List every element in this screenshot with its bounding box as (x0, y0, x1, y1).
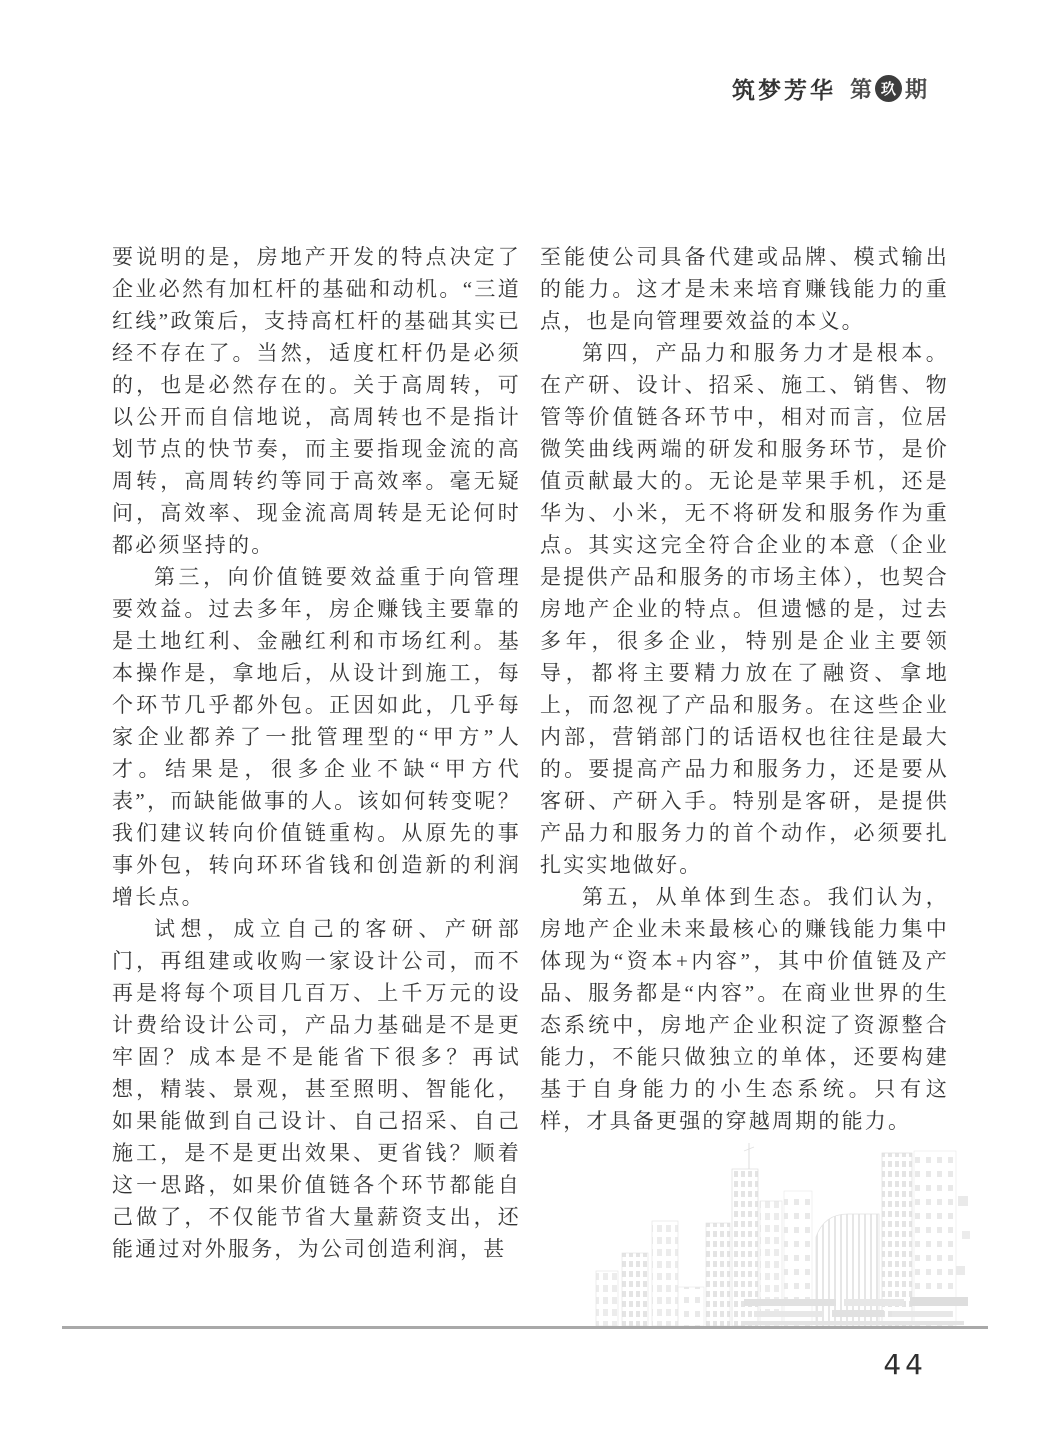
article-right-column: 至能使公司具备代建或品牌、模式输出的能力。这才是未来培育赚钱能力的重点，也是向管… (540, 241, 949, 1137)
issue-suffix: 期 (905, 73, 927, 104)
paragraph: 试想，成立自己的客研、产研部门，再组建或收购一家设计公司，而不再是将每个项目几百… (112, 913, 521, 1265)
paragraph: 至能使公司具备代建或品牌、模式输出的能力。这才是未来培育赚钱能力的重点，也是向管… (540, 241, 949, 337)
magazine-page: 筑梦芳华 第 玖 期 要说明的是，房地产开发的特点决定了企业必然有加杠杆的基础和… (0, 0, 1050, 1434)
article-left-column: 要说明的是，房地产开发的特点决定了企业必然有加杠杆的基础和动机。“三道红线”政策… (112, 241, 521, 1265)
paragraph: 第四，产品力和服务力才是根本。在产研、设计、招采、施工、销售、物管等价值链各环节… (540, 337, 949, 881)
issue-number-badge: 玖 (875, 75, 902, 102)
page-header: 筑梦芳华 第 玖 期 (732, 72, 927, 105)
paragraph: 第五，从单体到生态。我们认为，房地产企业未来最核心的赚钱能力集中体现为“资本+内… (540, 881, 949, 1137)
paragraph: 要说明的是，房地产开发的特点决定了企业必然有加杠杆的基础和动机。“三道红线”政策… (112, 241, 521, 561)
magazine-title: 筑梦芳华 (732, 72, 836, 105)
issue-label: 第 玖 期 (850, 73, 927, 104)
issue-prefix: 第 (850, 73, 872, 104)
footer-divider (62, 1326, 988, 1329)
paragraph: 第三，向价值链要效益重于向管理要效益。过去多年，房企赚钱主要靠的是土地红利、金融… (112, 561, 521, 913)
city-skyline-illustration (594, 1141, 990, 1327)
page-number: 44 (883, 1348, 927, 1381)
